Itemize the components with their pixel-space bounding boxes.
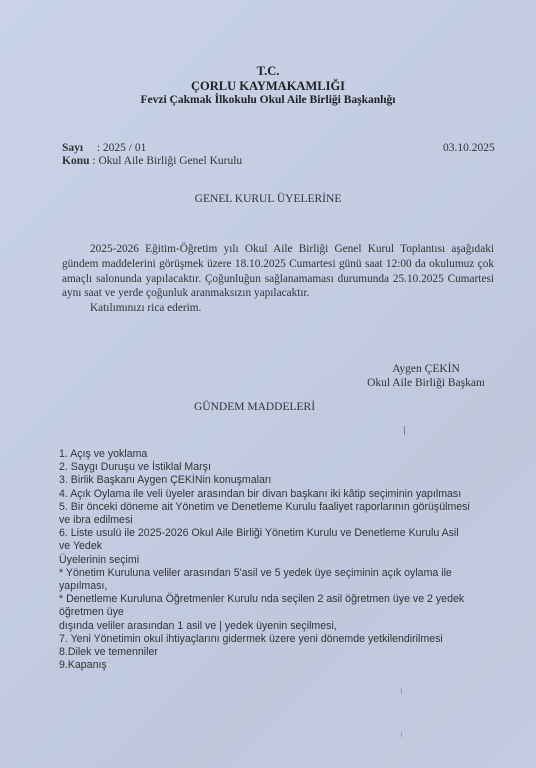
- header-kaymakamlik: ÇORLU KAYMAKAMLIĞI: [0, 79, 536, 94]
- document-page: T.C. ÇORLU KAYMAKAMLIĞI Fevzi Çakmak İlk…: [0, 0, 536, 768]
- header-tc: T.C.: [0, 64, 536, 79]
- sayi-value: : 2025 / 01: [97, 142, 147, 154]
- agenda-list: 1. Açış ve yoklama 2. Saygı Duruşu ve İs…: [59, 448, 519, 672]
- agenda-line: ve ibra edilmesi: [59, 514, 519, 527]
- body-closing: Katılımınızı rica ederim.: [62, 301, 494, 316]
- agenda-line: 8.Dilek ve temenniler: [59, 646, 519, 659]
- paper-mark: [401, 688, 402, 694]
- agenda-line: Üyelerinin seçimi: [59, 554, 519, 567]
- agenda-line: 4. Açık Oylama ile veli üyeler arasından…: [59, 488, 519, 501]
- konu-row: Konu : Okul Aile Birliği Genel Kurulu: [62, 155, 242, 167]
- signature-title: Okul Aile Birliği Başkanı: [362, 377, 490, 389]
- agenda-line: * Denetleme Kuruluna Öğretmenler Kurulu …: [59, 593, 519, 606]
- paper-mark: [401, 732, 402, 737]
- signature-name: Aygen ÇEKİN: [362, 363, 490, 375]
- konu-label: Konu: [62, 155, 90, 167]
- agenda-line: 6. Liste usulü ile 2025-2026 Okul Aile B…: [59, 527, 519, 540]
- paper-mark: [404, 426, 405, 435]
- body-text: 2025-2026 Eğitim-Öğretim yılı Okul Aile …: [62, 242, 494, 316]
- agenda-line: 2. Saygı Duruşu ve İstiklal Marşı: [59, 461, 519, 474]
- agenda-title: GÜNDEM MADDELERİ: [194, 401, 315, 413]
- agenda-line: 9.Kapanış: [59, 659, 519, 672]
- agenda-line: ve Yedek: [59, 540, 519, 553]
- agenda-line: 3. Birlik Başkanı Aygen ÇEKİNin konuşmal…: [59, 474, 519, 487]
- agenda-line: 1. Açış ve yoklama: [59, 448, 519, 461]
- sayi-label: Sayı: [62, 142, 83, 154]
- agenda-line: 5. Bir önceki döneme ait Yönetim ve Dene…: [59, 501, 519, 514]
- konu-value: : Okul Aile Birliği Genel Kurulu: [92, 155, 242, 167]
- agenda-line: öğretmen üye: [59, 606, 519, 619]
- agenda-line: dışında veliler arasından 1 asil ve | ye…: [59, 620, 519, 633]
- addressee: GENEL KURUL ÜYELERİNE: [0, 193, 536, 205]
- agenda-line: yapılması,: [59, 580, 519, 593]
- document-date: 03.10.2025: [443, 142, 495, 154]
- sayi-row: Sayı : 2025 / 01: [62, 142, 146, 154]
- agenda-line: 7. Yeni Yönetimin okul ihtiyaçlarını gid…: [59, 633, 519, 646]
- agenda-line: * Yönetim Kuruluna veliler arasından 5'a…: [59, 567, 519, 580]
- header-school: Fevzi Çakmak İlkokulu Okul Aile Birliği …: [0, 94, 536, 106]
- body-paragraph: 2025-2026 Eğitim-Öğretim yılı Okul Aile …: [62, 242, 494, 301]
